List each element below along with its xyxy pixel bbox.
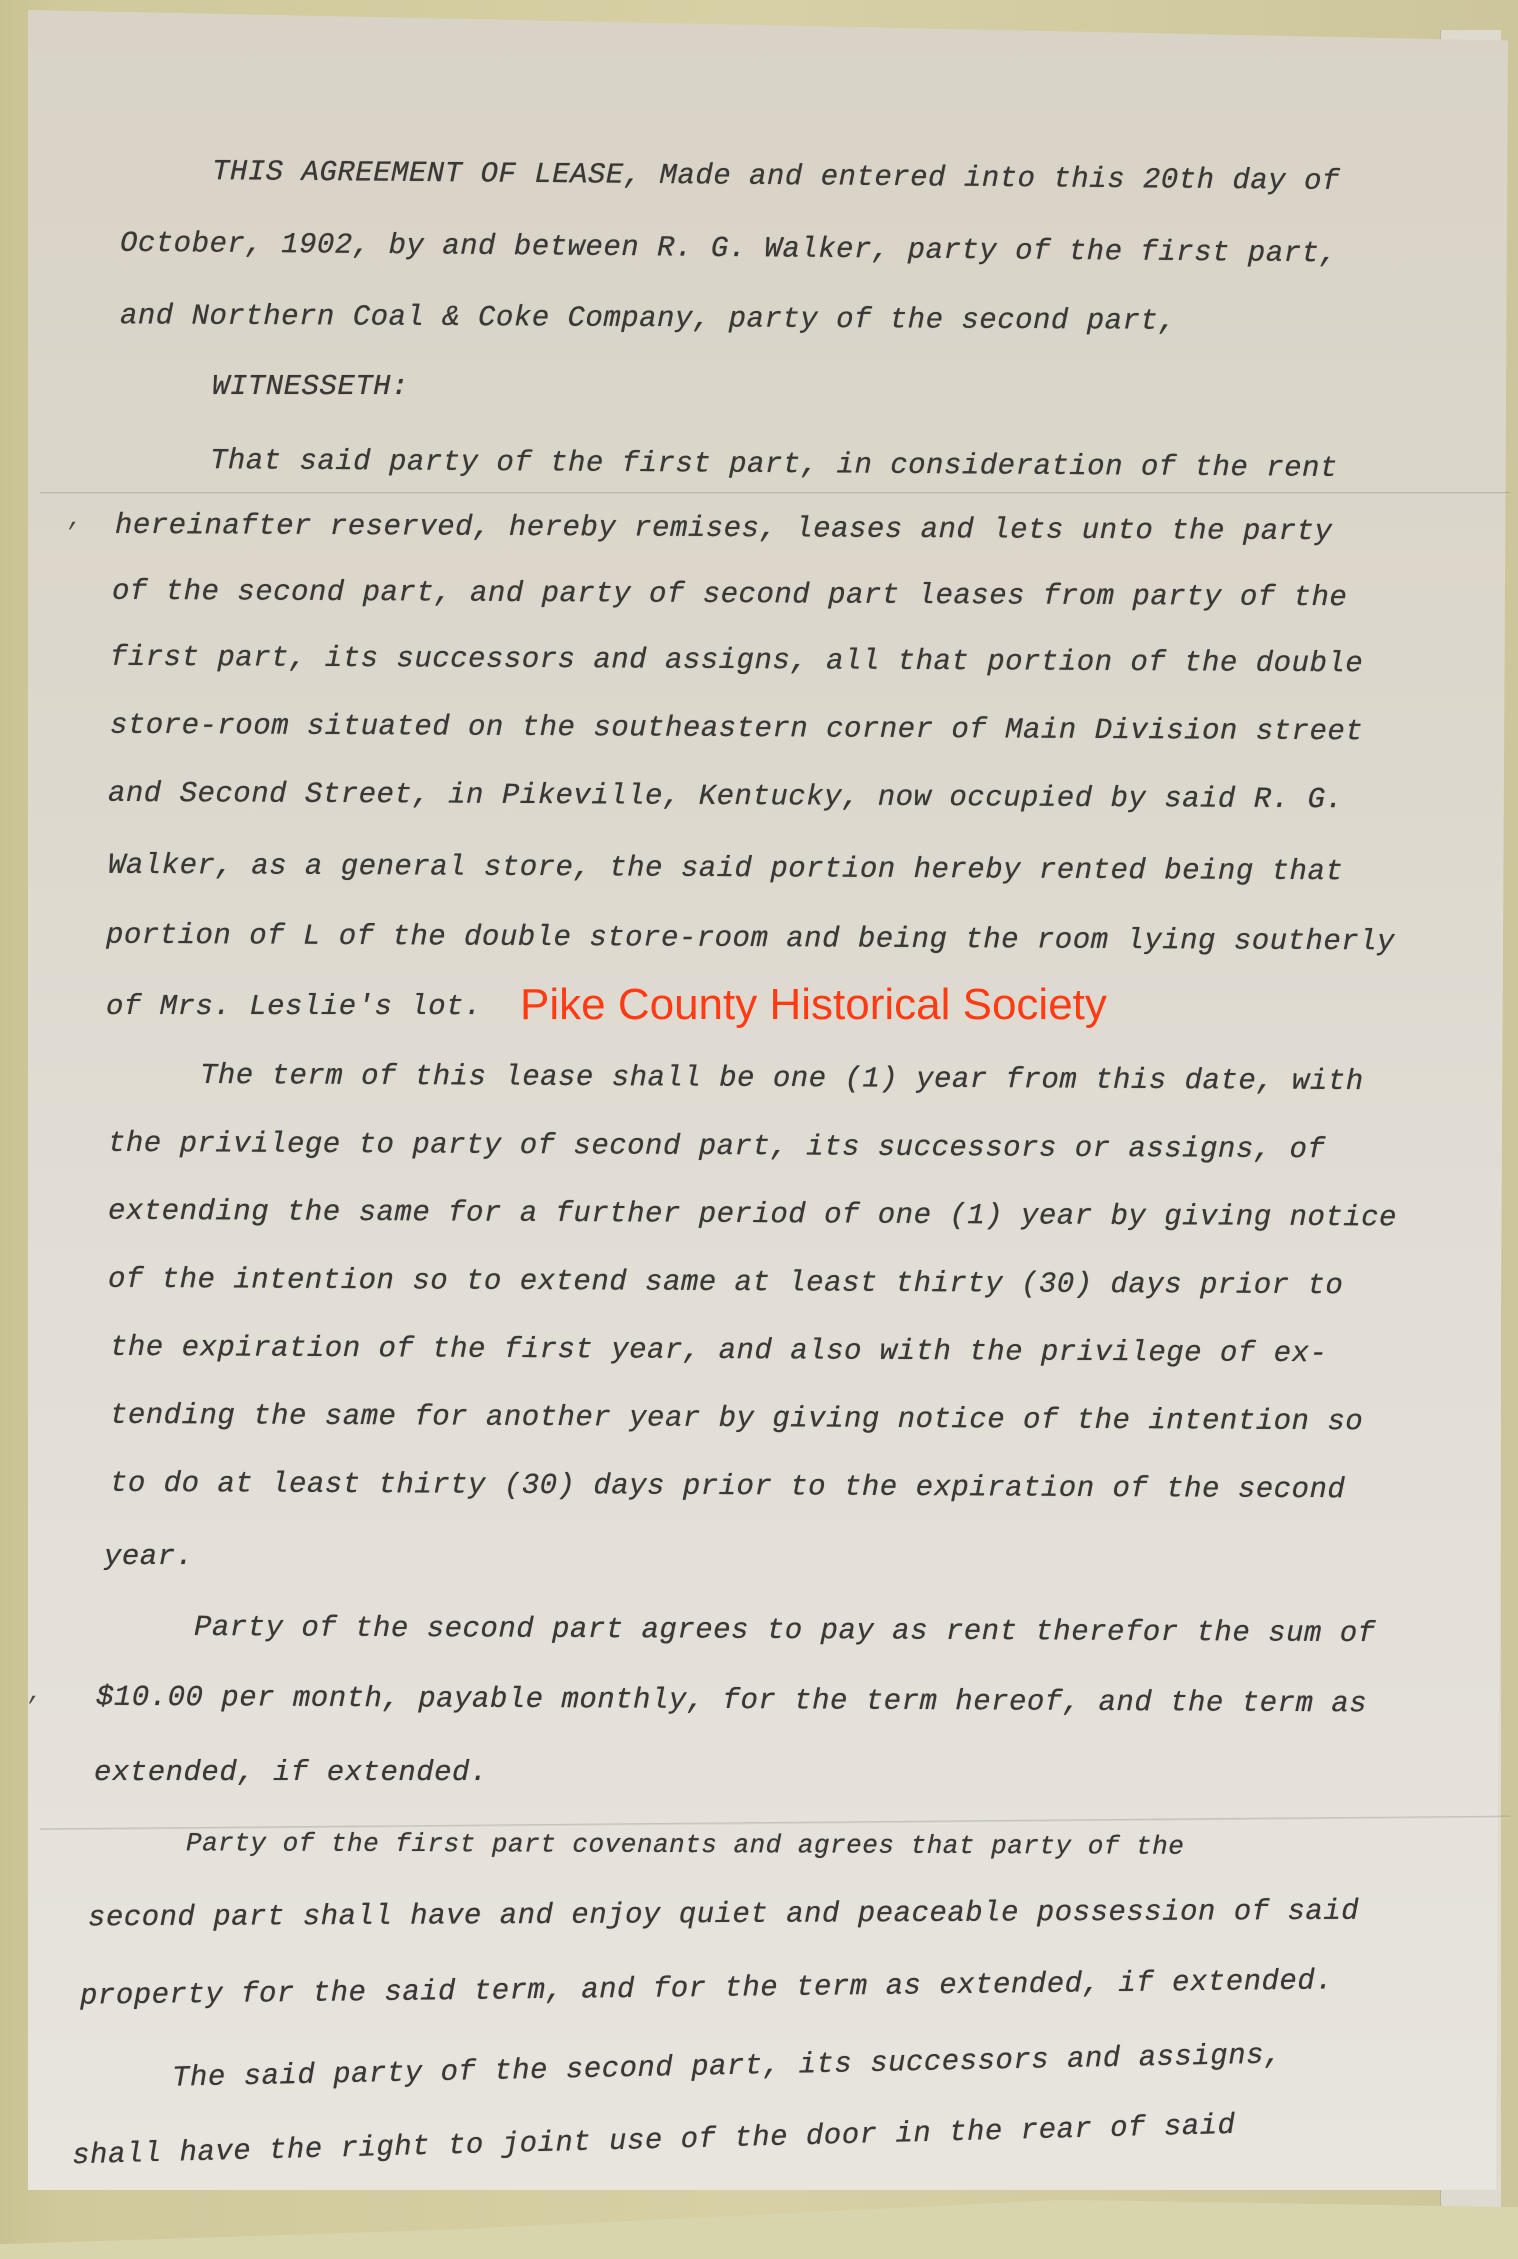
document-line: to do at least thirty (30) days prior to… (110, 1467, 1345, 1506)
lease-document-page (28, 10, 1508, 2190)
document-line: store-room situated on the southeastern … (110, 709, 1363, 749)
document-line: Party of the first part covenants and ag… (186, 1828, 1184, 1861)
document-line: The term of this lease shall be one (1) … (200, 1059, 1364, 1098)
margin-tick-mark: , (68, 506, 82, 533)
document-line: Walker, as a general store, the said por… (108, 849, 1343, 888)
document-heading-witnesseth: WITNESSETH: (212, 370, 409, 403)
margin-tick-mark: , (28, 1680, 42, 1707)
document-line: tending the same for another year by giv… (110, 1399, 1363, 1439)
document-line: hereinafter reserved, hereby remises, le… (115, 509, 1333, 548)
document-line: and Second Street, in Pikeville, Kentuck… (108, 777, 1343, 816)
document-line: extending the same for a further period … (108, 1195, 1397, 1235)
document-line: of the intention so to extend same at le… (108, 1263, 1343, 1302)
document-line: of the second part, and party of second … (112, 575, 1347, 614)
document-line: the privilege to party of second part, i… (108, 1127, 1326, 1166)
document-line: second part shall have and enjoy quiet a… (88, 1895, 1359, 1935)
watermark-text: Pike County Historical Society (520, 980, 1107, 1030)
document-line: Party of the second part agrees to pay a… (194, 1611, 1376, 1650)
document-line: and Northern Coal & Coke Company, party … (120, 299, 1176, 338)
paper-fold-line (40, 492, 1510, 495)
document-line: extended, if extended. (94, 1756, 488, 1789)
document-line: of Mrs. Leslie's lot. (106, 990, 482, 1023)
document-line: $10.00 per month, payable monthly, for t… (96, 1681, 1367, 1721)
document-line: portion of L of the double store-room an… (106, 919, 1395, 959)
document-line: first part, its successors and assigns, … (110, 641, 1363, 681)
document-line: year. (104, 1540, 194, 1573)
document-line: the expiration of the first year, and al… (110, 1331, 1328, 1370)
